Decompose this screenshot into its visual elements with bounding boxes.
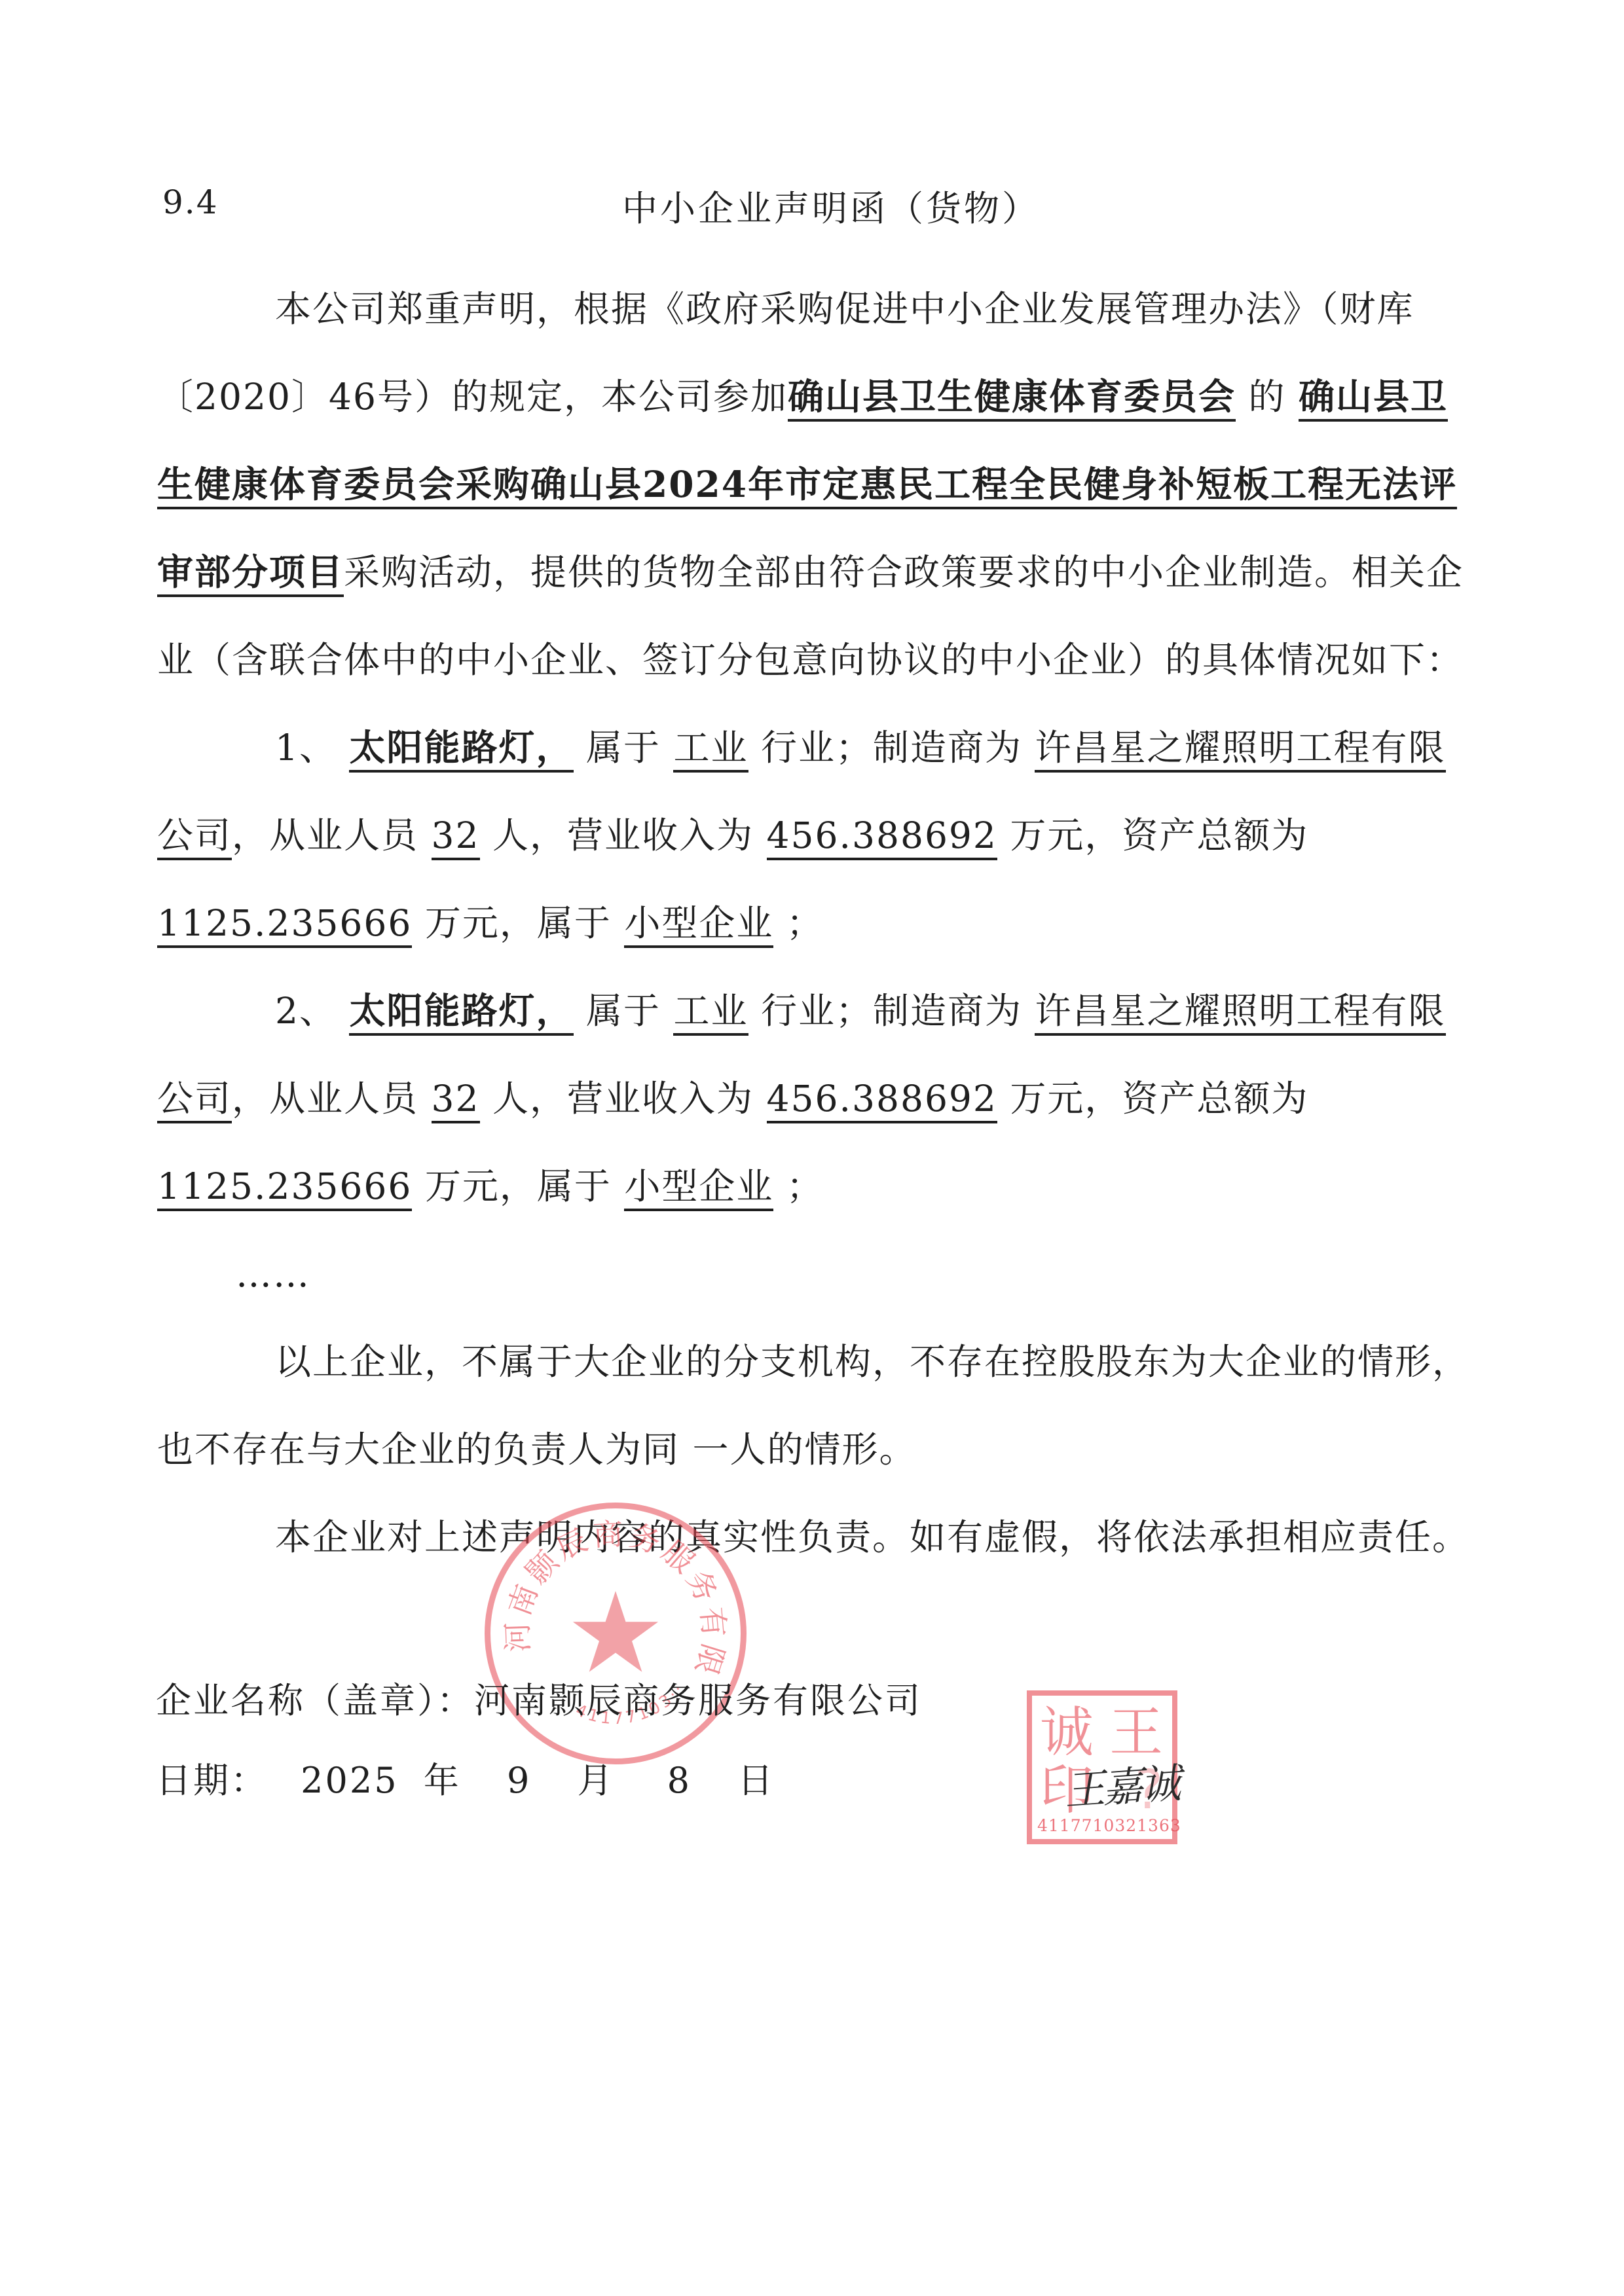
employees-suffix: 人，营业收入为 bbox=[492, 1078, 754, 1120]
employees: 32 bbox=[432, 1078, 480, 1123]
section-number: 9.4 bbox=[162, 183, 219, 221]
day-unit: 日 bbox=[737, 1753, 775, 1803]
seal-number: 4117710321363 bbox=[1037, 1816, 1181, 1835]
total-assets: 1125.235666 bbox=[157, 1165, 412, 1211]
company-name-line: 企业名称（盖章）：河南颢辰商务服务有限公司 bbox=[156, 1673, 922, 1723]
month-unit: 月 bbox=[577, 1753, 614, 1803]
entry-index: 2、 bbox=[275, 990, 337, 1032]
revenue: 456.388692 bbox=[767, 1078, 997, 1123]
end-mark: ； bbox=[786, 902, 824, 944]
company-name: 河南颢辰商务服务有限公司 bbox=[474, 1680, 922, 1721]
date-year: 2025 bbox=[301, 1760, 398, 1801]
enterprise-size: 小型企业 bbox=[624, 1165, 773, 1211]
belongs-label: 属于 bbox=[586, 990, 661, 1032]
ellipsis: …… bbox=[157, 1230, 1480, 1318]
purchaser-name: 确山县卫生健康体育委员会 bbox=[788, 375, 1236, 422]
industry: 工业 bbox=[673, 990, 748, 1036]
company-label: 企业名称（盖章）： bbox=[156, 1680, 474, 1721]
statement-liability: 本企业对上述声明内容的真实性负责。如有虚假，将依法承担相应责任。 bbox=[157, 1493, 1480, 1581]
goods-name: 太阳能路灯， bbox=[349, 726, 573, 773]
goods-name: 太阳能路灯， bbox=[349, 989, 573, 1036]
industry-suffix: 行业；制造商为 bbox=[761, 990, 1022, 1032]
connector: 的 bbox=[1248, 376, 1285, 418]
intro-paragraph: 本公司郑重声明，根据《政府采购促进中小企业发展管理办法》（财库〔2020〕46号… bbox=[157, 265, 1480, 704]
declaration-page: 9.4 中小企业声明函（货物） 本公司郑重声明，根据《政府采购促进中小企业发展管… bbox=[0, 0, 1624, 2296]
entry-index: 1、 bbox=[275, 727, 337, 769]
intro-suffix: 采购活动，提供的货物全部由符合政策要求的中小企业制造。相关企业（含联合体中的中小… bbox=[157, 551, 1464, 681]
declaration-body: 本公司郑重声明，根据《政府采购促进中小企业发展管理办法》（财库〔2020〕46号… bbox=[157, 265, 1480, 1581]
employees: 32 bbox=[432, 814, 480, 860]
date-line: 日期： 2025 年 9 月 8 日 bbox=[156, 1753, 775, 1803]
employees-prefix: ，从业人员 bbox=[232, 1078, 418, 1120]
enterprise-entry-1: 1、 太阳能路灯， 属于 工业 行业；制造商为 许昌星之耀照明工程有限公司，从业… bbox=[157, 704, 1480, 967]
belongs-label: 属于 bbox=[586, 727, 661, 769]
revenue-suffix: 万元，资产总额为 bbox=[1010, 814, 1308, 856]
total-assets: 1125.235666 bbox=[157, 902, 412, 948]
enterprise-size: 小型企业 bbox=[624, 902, 773, 948]
assets-suffix: 万元，属于 bbox=[425, 902, 612, 944]
industry-suffix: 行业；制造商为 bbox=[761, 727, 1022, 769]
statement-independence: 以上企业，不属于大企业的分支机构，不存在控股股东为大企业的情形，也不存在与大企业… bbox=[157, 1318, 1480, 1493]
employees-suffix: 人，营业收入为 bbox=[492, 814, 754, 856]
assets-suffix: 万元，属于 bbox=[425, 1165, 612, 1207]
date-label: 日期： bbox=[156, 1760, 268, 1801]
seal-char: 诚 bbox=[1040, 1706, 1094, 1760]
document-title: 中小企业声明函（货物） bbox=[622, 181, 1040, 231]
revenue: 456.388692 bbox=[767, 814, 997, 860]
date-day: 8 bbox=[667, 1760, 692, 1801]
handwritten-signature: 王嘉诚 bbox=[1062, 1751, 1180, 1817]
date-month: 9 bbox=[507, 1760, 531, 1801]
revenue-suffix: 万元，资产总额为 bbox=[1010, 1078, 1308, 1120]
employees-prefix: ，从业人员 bbox=[232, 814, 418, 856]
enterprise-entry-2: 2、 太阳能路灯， 属于 工业 行业；制造商为 许昌星之耀照明工程有限公司，从业… bbox=[157, 967, 1480, 1230]
end-mark: ； bbox=[786, 1165, 824, 1207]
industry: 工业 bbox=[673, 727, 748, 773]
year-unit: 年 bbox=[424, 1753, 461, 1803]
